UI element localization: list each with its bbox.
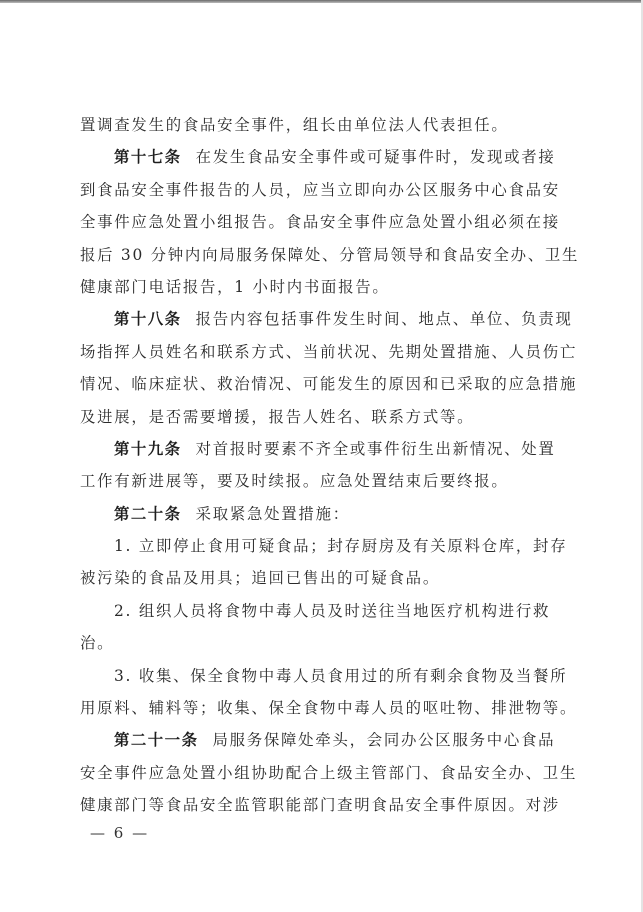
text-line-1: 置调查发生的食品安全事件，组长由单位法人代表担任。: [80, 109, 562, 141]
line-text: 健康部门电话报告，1 小时内书面报告。: [80, 278, 390, 296]
article-18: 第十八条报告内容包括事件发生时间、地点、单位、负责现: [80, 303, 562, 335]
article-21: 第二十一条局服务保障处牵头，会同办公区服务中心食品: [80, 724, 562, 756]
text-line-8: 场指挥人员姓名和联系方式、当前状况、先期处置措施、人员伤亡: [80, 336, 562, 368]
text-line-10: 及进展，是否需要增援，报告人姓名、联系方式等。: [80, 401, 562, 433]
line-text: 对首报时要素不齐全或事件衍生出新情况、处置: [196, 440, 556, 458]
text-line-21: 安全事件应急处置小组协助配合上级主管部门、食品安全办、卫生: [80, 757, 562, 789]
line-text: 工作有新进展等，要及时续报。应急处置结束后要终报。: [80, 472, 509, 490]
line-text: 及进展，是否需要增援，报告人姓名、联系方式等。: [80, 408, 474, 426]
measure-item-1: 1. 立即停止食用可疑食品；封存厨房及有关原料仓库，封存: [80, 530, 562, 562]
line-text: 1. 立即停止食用可疑食品；封存厨房及有关原料仓库，封存: [114, 537, 567, 555]
text-line-22: 健康部门等食品安全监管职能部门查明食品安全事件原因。对涉: [80, 789, 562, 821]
line-text: 用原料、辅料等；收集、保全食物中毒人员的呕吐物、排泄物等。: [80, 699, 577, 717]
text-line-6: 健康部门电话报告，1 小时内书面报告。: [80, 271, 562, 303]
line-text: 3. 收集、保全食物中毒人员食用过的所有剩余食物及当餐所: [114, 667, 567, 685]
line-text: 场指挥人员姓名和联系方式、当前状况、先期处置措施、人员伤亡: [80, 343, 577, 361]
text-line-12: 工作有新进展等，要及时续报。应急处置结束后要终报。: [80, 465, 562, 497]
article-heading: 第十七条: [114, 148, 182, 166]
article-17: 第十七条在发生食品安全事件或可疑事件时，发现或者接: [80, 141, 562, 173]
article-heading: 第十八条: [114, 310, 182, 328]
text-line-4: 全事件应急处置小组报告。食品安全事件应急处置小组必须在接: [80, 206, 562, 238]
text-line-15: 被污染的食品及用具；追回已售出的可疑食品。: [80, 562, 562, 594]
line-text: 安全事件应急处置小组协助配合上级主管部门、食品安全办、卫生: [80, 764, 577, 782]
article-20: 第二十条采取紧急处置措施：: [80, 498, 562, 530]
text-line-3: 到食品安全事件报告的人员，应当立即向办公区服务中心食品安: [80, 174, 562, 206]
article-19: 第十九条对首报时要素不齐全或事件衍生出新情况、处置: [80, 433, 562, 465]
article-heading: 第二十一条: [114, 731, 198, 749]
text-line-17: 治。: [80, 627, 562, 659]
line-text: 在发生食品安全事件或可疑事件时，发现或者接: [196, 148, 556, 166]
line-text: 报后 30 分钟内向局服务保障处、分管局领导和食品安全办、卫生: [80, 246, 579, 264]
line-text: 治。: [80, 634, 114, 652]
text-line-19: 用原料、辅料等；收集、保全食物中毒人员的呕吐物、排泄物等。: [80, 692, 562, 724]
line-text: 置调查发生的食品安全事件，组长由单位法人代表担任。: [80, 116, 509, 134]
line-text: 全事件应急处置小组报告。食品安全事件应急处置小组必须在接: [80, 213, 560, 231]
line-text: 到食品安全事件报告的人员，应当立即向办公区服务中心食品安: [80, 181, 560, 199]
measure-item-3: 3. 收集、保全食物中毒人员食用过的所有剩余食物及当餐所: [80, 660, 562, 692]
text-line-5: 报后 30 分钟内向局服务保障处、分管局领导和食品安全办、卫生: [80, 239, 562, 271]
measure-item-2: 2. 组织人员将食物中毒人员及时送往当地医疗机构进行救: [80, 595, 562, 627]
line-text: 情况、临床症状、救治情况、可能发生的原因和已采取的应急措施: [80, 375, 577, 393]
scan-edge-top: [0, 0, 643, 3]
line-text: 被污染的食品及用具；追回已售出的可疑食品。: [80, 569, 440, 587]
document-page-body: 置调查发生的食品安全事件，组长由单位法人代表担任。 第十七条在发生食品安全事件或…: [80, 109, 562, 822]
line-text: 健康部门等食品安全监管职能部门查明食品安全事件原因。对涉: [80, 796, 560, 814]
line-text: 报告内容包括事件发生时间、地点、单位、负责现: [196, 310, 573, 328]
page-number: — 6 —: [90, 824, 149, 842]
line-text: 局服务保障处牵头，会同办公区服务中心食品: [212, 731, 555, 749]
text-line-9: 情况、临床症状、救治情况、可能发生的原因和已采取的应急措施: [80, 368, 562, 400]
article-heading: 第十九条: [114, 440, 182, 458]
article-heading: 第二十条: [114, 505, 182, 523]
line-text: 2. 组织人员将食物中毒人员及时送往当地医疗机构进行救: [114, 602, 550, 620]
line-text: 采取紧急处置措施：: [196, 505, 350, 523]
